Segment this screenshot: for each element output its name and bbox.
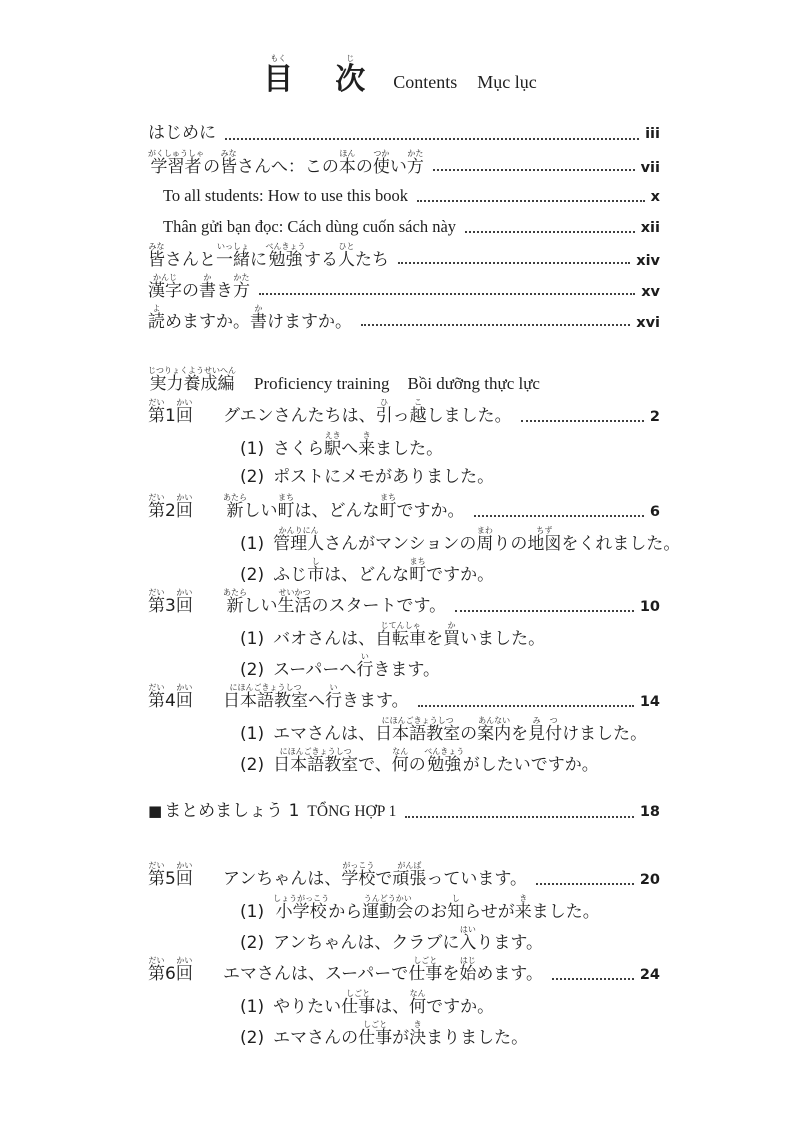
- page-number: xvi: [636, 308, 660, 339]
- lesson-subitem: (2)スーパーへ行いきます。: [148, 652, 660, 683]
- lesson-heading: 第だい5回かいアンちゃんは、学校がっこうで頑張がんばっています。20: [148, 861, 660, 894]
- summary-entry: ■まとめましょう 1TỔNG HỢP 118: [148, 795, 660, 827]
- page-number: vii: [641, 153, 660, 184]
- dot-leader: [455, 610, 634, 612]
- lesson-subitem: (2)ふじ市しは、どんな町まちですか。: [148, 557, 660, 588]
- lesson-label: 第だい5回かい: [148, 861, 223, 896]
- lesson-entry: 第だい4回かい日本語教室にほんごきょうしつへ行いきます。14(1)エマさんは、日…: [148, 683, 660, 778]
- page-number: 20: [640, 864, 660, 897]
- lesson-title: 新あたらしい町まちは、どんな町まちですか。: [223, 493, 465, 528]
- lesson-subitem: (2)エマさんの仕事しごとが決きまりました。: [148, 1020, 660, 1051]
- front-matter-entry: 漢字かんじの書かき方かたxv: [148, 273, 660, 304]
- subitem-text: ふじ市しは、どんな町まちですか。: [273, 557, 494, 591]
- page-number: 24: [640, 959, 660, 992]
- dot-leader: [536, 883, 634, 885]
- subitem-text: さくら駅えきへ来きました。: [273, 431, 443, 465]
- lesson-entry: 第だい5回かいアンちゃんは、学校がっこうで頑張がんばっています。20(1)小学校…: [148, 861, 660, 956]
- dot-leader: [433, 169, 635, 171]
- lesson-heading: 第だい6回かいエマさんは、スーパーで仕事しごとを始はじめます。24: [148, 956, 660, 989]
- page-number: xiv: [636, 246, 660, 277]
- entry-text: 漢字かんじの書かき方かた: [148, 273, 250, 307]
- entry-text: 学習者がくしゅうしゃの皆みなさんへ：この本ほんの使つかい方かた: [148, 149, 424, 183]
- subitem-number: (1): [240, 719, 264, 750]
- lesson-entry: 第だい6回かいエマさんは、スーパーで仕事しごとを始はじめます。24(1)やりたい…: [148, 956, 660, 1051]
- dot-leader: [465, 231, 635, 233]
- dot-leader: [418, 705, 634, 707]
- page-number: xii: [641, 213, 660, 244]
- page-number: xv: [641, 277, 660, 308]
- lesson-entry: 第だい3回かい新あたらしい生活せいかつのスタートです。10(1)バオさんは、自転…: [148, 588, 660, 683]
- lesson-subitem: (1)管理人かんりにんさんがマンションの周まわりの地図ちずをくれました。: [148, 526, 660, 557]
- subitem-number: (2): [240, 462, 264, 493]
- toc-page: 目もく 次じ Contents Mục lục はじめにiii学習者がくしゅうし…: [0, 0, 800, 1138]
- lesson-entry: 第だい1回かいグエンさんたちは、引ひっ越こしました。2(1)さくら駅えきへ来きま…: [148, 398, 660, 493]
- subitem-text: バオさんは、自転車じてんしゃを買かいました。: [273, 621, 545, 655]
- subitem-number: (2): [240, 655, 264, 686]
- page-number: 6: [650, 496, 660, 529]
- lesson-subitem: (1)バオさんは、自転車じてんしゃを買かいました。: [148, 621, 660, 652]
- subitem-text: 小学校しょうがっこうから運動会うんどうかいのお知しらせが来きました。: [273, 894, 600, 928]
- subitem-text: ポストにメモがありました。: [273, 462, 494, 493]
- toc-body: 第だい1回かいグエンさんたちは、引ひっ越こしました。2(1)さくら駅えきへ来きま…: [148, 398, 660, 1051]
- section-header: 実力養成編じつりょくようせいへん Proficiency training Bồ…: [148, 366, 660, 398]
- dot-leader: [225, 138, 639, 140]
- front-matter-entry: 皆みなさんと一緒いっしょに勉強べんきょうする人ひとたちxiv: [148, 242, 660, 273]
- entry-text: To all students: How to use this book: [163, 180, 408, 211]
- section-header-japanese: 実力養成編じつりょくようせいへん: [148, 366, 236, 400]
- front-matter-entry: はじめにiii: [148, 118, 660, 149]
- section-header-english: Proficiency training: [254, 368, 390, 400]
- lesson-heading: 第だい3回かい新あたらしい生活せいかつのスタートです。10: [148, 588, 660, 621]
- entry-text: 読よめますか。書かけますか。: [148, 304, 352, 338]
- subitem-text: スーパーへ行いきます。: [273, 652, 440, 686]
- lesson-heading: 第だい1回かいグエンさんたちは、引ひっ越こしました。2: [148, 398, 660, 431]
- lesson-label: 第だい1回かい: [148, 398, 223, 433]
- lesson-label: 第だい2回かい: [148, 493, 223, 528]
- subitem-number: (1): [240, 529, 264, 560]
- subitem-number: (2): [240, 750, 264, 781]
- subitem-number: (1): [240, 992, 264, 1023]
- lesson-entry: 第だい2回かい新あたらしい町まちは、どんな町まちですか。6(1)管理人かんりにん…: [148, 493, 660, 588]
- front-matter-list: はじめにiii学習者がくしゅうしゃの皆みなさんへ：この本ほんの使つかい方かたvi…: [148, 118, 660, 335]
- lesson-subitem: (2)アンちゃんは、クラブに入はいります。: [148, 925, 660, 956]
- entry-text: 皆みなさんと一緒いっしょに勉強べんきょうする人ひとたち: [148, 242, 389, 276]
- page-number: x: [651, 182, 660, 213]
- lesson-subitem: (1)やりたい仕事しごとは、何なんですか。: [148, 989, 660, 1020]
- dot-leader: [361, 324, 630, 326]
- lesson-title: エマさんは、スーパーで仕事しごとを始はじめます。: [223, 956, 543, 991]
- subitem-number: (2): [240, 560, 264, 591]
- lesson-heading: 第だい2回かい新あたらしい町まちは、どんな町まちですか。6: [148, 493, 660, 526]
- summary-vietnamese: TỔNG HỢP 1: [307, 796, 396, 828]
- entry-text: はじめに: [148, 118, 216, 149]
- lesson-title: グエンさんたちは、引ひっ越こしました。: [223, 398, 512, 433]
- front-matter-entry: To all students: How to use this bookx: [148, 180, 660, 211]
- subitem-number: (2): [240, 1023, 264, 1054]
- dot-leader: [417, 200, 645, 202]
- lesson-subitem: (1)エマさんは、日本語教室にほんごきょうしつの案内あんないを見み付つけました。: [148, 716, 660, 747]
- subitem-number: (2): [240, 928, 264, 959]
- front-matter-entry: Thân gửi bạn đọc: Cách dùng cuốn sách nà…: [148, 211, 660, 242]
- page-number: iii: [645, 119, 660, 150]
- dot-leader: [521, 420, 644, 422]
- lesson-heading: 第だい4回かい日本語教室にほんごきょうしつへ行いきます。14: [148, 683, 660, 716]
- lesson-subitem: (2)ポストにメモがありました。: [148, 462, 660, 493]
- summary-japanese: まとめましょう 1: [164, 795, 299, 827]
- page-number: 2: [650, 401, 660, 434]
- lesson-label: 第だい4回かい: [148, 683, 223, 718]
- subitem-text: エマさんは、日本語教室にほんごきょうしつの案内あんないを見み付つけました。: [273, 716, 647, 750]
- subitem-text: アンちゃんは、クラブに入はいります。: [273, 925, 543, 959]
- lesson-title: アンちゃんは、学校がっこうで頑張がんばっています。: [223, 861, 527, 896]
- dot-leader: [259, 293, 635, 295]
- lesson-title: 日本語教室にほんごきょうしつへ行いきます。: [223, 683, 409, 718]
- entry-text: Thân gửi bạn đọc: Cách dùng cuốn sách nà…: [163, 211, 456, 242]
- dot-leader: [398, 262, 630, 264]
- page-number: 10: [640, 591, 660, 624]
- page-number: 18: [640, 796, 660, 828]
- lesson-subitem: (1)小学校しょうがっこうから運動会うんどうかいのお知しらせが来きました。: [148, 894, 660, 925]
- lesson-label: 第だい3回かい: [148, 588, 223, 623]
- lesson-subitem: (1)さくら駅えきへ来きました。: [148, 431, 660, 462]
- subitem-number: (1): [240, 624, 264, 655]
- dot-leader: [474, 515, 644, 517]
- dot-leader: [405, 816, 633, 818]
- front-matter-entry: 読よめますか。書かけますか。xvi: [148, 304, 660, 335]
- subitem-number: (1): [240, 434, 264, 465]
- dot-leader: [552, 978, 634, 980]
- subitem-text: 管理人かんりにんさんがマンションの周まわりの地図ちずをくれました。: [273, 526, 680, 560]
- section-header-vietnamese: Bồi dưỡng thực lực: [408, 368, 540, 400]
- page-number: 14: [640, 686, 660, 719]
- front-matter-entry: 学習者がくしゅうしゃの皆みなさんへ：この本ほんの使つかい方かたvii: [148, 149, 660, 180]
- toc-content: はじめにiii学習者がくしゅうしゃの皆みなさんへ：この本ほんの使つかい方かたvi…: [148, 0, 660, 1051]
- square-bullet-icon: ■: [148, 795, 162, 827]
- lesson-title: 新あたらしい生活せいかつのスタートです。: [223, 588, 446, 623]
- subitem-text: やりたい仕事しごとは、何なんですか。: [273, 989, 494, 1023]
- subitem-text: エマさんの仕事しごとが決きまりました。: [273, 1020, 528, 1054]
- lesson-label: 第だい6回かい: [148, 956, 223, 991]
- subitem-number: (1): [240, 897, 264, 928]
- lesson-subitem: (2)日本語教室にほんごきょうしつで、何なんの勉強べんきょうがしたいですか。: [148, 747, 660, 778]
- subitem-text: 日本語教室にほんごきょうしつで、何なんの勉強べんきょうがしたいですか。: [273, 747, 599, 781]
